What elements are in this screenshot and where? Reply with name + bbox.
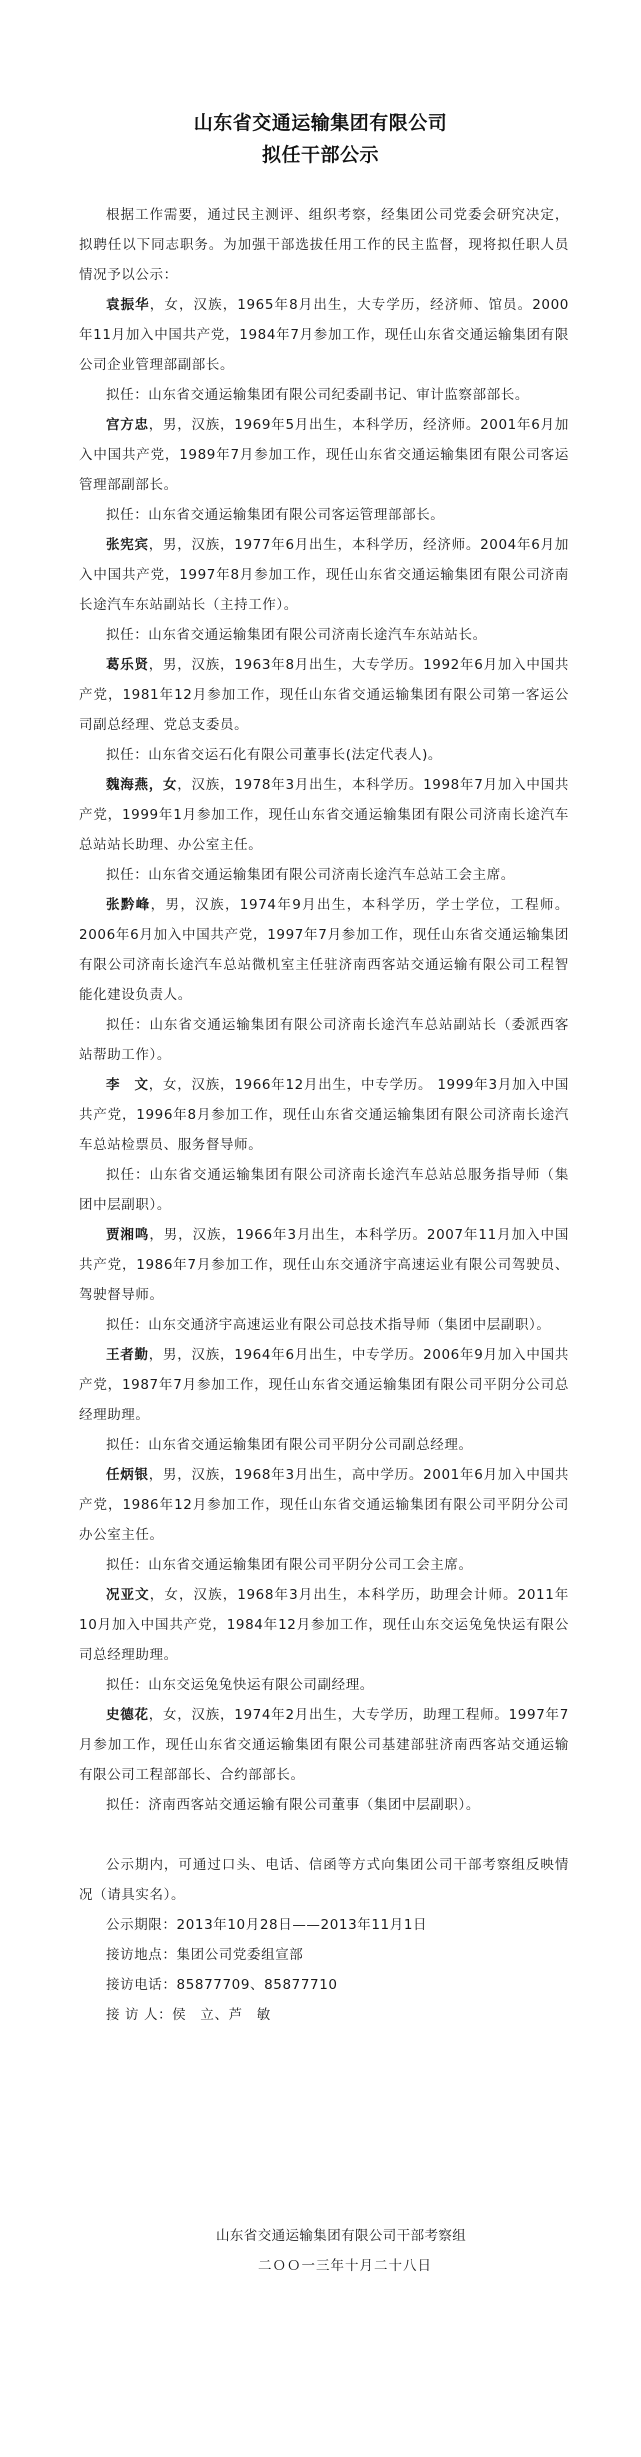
- candidate-bio: 任炳银，男，汉族，1968年3月出生，高中学历。2001年6月加入中国共产党，1…: [79, 1460, 569, 1550]
- candidate-details: ，男，汉族，1964年6月出生，中专学历。2006年9月加入中国共产党，1987…: [79, 1347, 569, 1423]
- candidate-bio: 张黔峰，男，汉族，1974年9月出生，本科学历，学士学位，工程师。2006年6月…: [79, 890, 569, 1010]
- signature-date: 二ＯＯ一三年十月二十八日: [258, 2254, 641, 2274]
- candidate-name: 史德花: [106, 1707, 149, 1723]
- candidate-name: 李 文: [106, 1077, 149, 1093]
- candidate-details: ，男，汉族，1966年3月出生，本科学历。2007年11月加入中国共产党，198…: [79, 1227, 569, 1303]
- notice-period: 公示期限：2013年10月28日——2013年11月1日: [79, 1910, 569, 1940]
- notice-body: 根据工作需要，通过民主测评、组织考察，经集团公司党委会研究决定，拟聘任以下同志职…: [79, 200, 569, 2030]
- candidate-name: 魏海燕，女: [106, 777, 177, 793]
- candidate-bio: 葛乐贤，男，汉族，1963年8月出生，大专学历。1992年6月加入中国共产党，1…: [79, 650, 569, 740]
- candidate-name: 任炳银: [106, 1467, 149, 1483]
- document-title: 山东省交通运输集团有限公司: [0, 108, 641, 135]
- candidate-bio: 宫方忠，男，汉族，1969年5月出生，本科学历，经济师。2001年6月加入中国共…: [79, 410, 569, 500]
- feedback-note: 公示期内，可通过口头、电话、信函等方式向集团公司干部考察组反映情况（请具实名）。: [79, 1850, 569, 1910]
- candidate-name: 张宪宾: [106, 537, 149, 553]
- candidate-name: 王者勤: [106, 1347, 149, 1363]
- candidate-bio: 袁振华，女，汉族，1965年8月出生，大专学历，经济师、馆员。2000年11月加…: [79, 290, 569, 380]
- candidate-details: ，女，汉族，1968年3月出生，本科学历，助理会计师。2011年10月加入中国共…: [79, 1587, 569, 1663]
- candidate-bio: 魏海燕，女，汉族，1978年3月出生，本科学历。1998年7月加入中国共产党，1…: [79, 770, 569, 860]
- candidate-details: ，男，汉族，1974年9月出生，本科学历，学士学位，工程师。2006年6月加入中…: [79, 897, 569, 1003]
- candidate-bio: 李 文，女，汉族，1966年12月出生，中专学历。 1999年3月加入中国共产党…: [79, 1070, 569, 1160]
- candidate-details: ，男，汉族，1969年5月出生，本科学历，经济师。2001年6月加入中国共产党，…: [79, 417, 569, 493]
- candidate-bio: 况亚文，女，汉族，1968年3月出生，本科学历，助理会计师。2011年10月加入…: [79, 1580, 569, 1670]
- candidate-bio: 张宪宾，男，汉族，1977年6月出生，本科学历，经济师。2004年6月加入中国共…: [79, 530, 569, 620]
- candidate-details: ，女，汉族，1966年12月出生，中专学历。 1999年3月加入中国共产党，19…: [79, 1077, 569, 1153]
- candidate-proposed-post: 拟任：山东交通济宇高速运业有限公司总技术指导师（集团中层副职）。: [79, 1310, 569, 1340]
- candidate-details: ，男，汉族，1963年8月出生，大专学历。1992年6月加入中国共产党，1981…: [79, 657, 569, 733]
- candidate-proposed-post: 拟任：山东省交通运输集团有限公司平阴分公司副总经理。: [79, 1430, 569, 1460]
- candidate-proposed-post: 拟任：山东省交通运输集团有限公司济南长途汽车东站站长。: [79, 620, 569, 650]
- candidate-proposed-post: 拟任：山东省交通运输集团有限公司平阴分公司工会主席。: [79, 1550, 569, 1580]
- reception-person: 接 访 人：侯 立、芦 敏: [79, 2000, 569, 2030]
- candidate-details: ，男，汉族，1968年3月出生，高中学历。2001年6月加入中国共产党，1986…: [79, 1467, 569, 1543]
- candidate-proposed-post: 拟任：山东交运兔兔快运有限公司副经理。: [79, 1670, 569, 1700]
- reception-location: 接访地点：集团公司党委组宣部: [79, 1940, 569, 1970]
- signature-org: 山东省交通运输集团有限公司干部考察组: [216, 2224, 641, 2244]
- candidate-proposed-post: 拟任：济南西客站交通运输有限公司董事（集团中层副职）。: [79, 1790, 569, 1820]
- candidate-details: ，男，汉族，1977年6月出生，本科学历，经济师。2004年6月加入中国共产党，…: [79, 537, 569, 613]
- intro-paragraph: 根据工作需要，通过民主测评、组织考察，经集团公司党委会研究决定，拟聘任以下同志职…: [79, 200, 569, 290]
- reception-phone: 接访电话：85877709、85877710: [79, 1970, 569, 2000]
- candidate-proposed-post: 拟任：山东省交通运输集团有限公司济南长途汽车总站副站长（委派西客站帮助工作）。: [79, 1010, 569, 1070]
- spacer: [79, 1820, 569, 1850]
- candidate-proposed-post: 拟任：山东省交通运输集团有限公司纪委副书记、审计监察部部长。: [79, 380, 569, 410]
- candidate-details: ，女，汉族，1974年2月出生，大专学历，助理工程师。1997年7月参加工作，现…: [79, 1707, 569, 1783]
- candidate-bio: 贾湘鸣，男，汉族，1966年3月出生，本科学历。2007年11月加入中国共产党，…: [79, 1220, 569, 1310]
- candidate-name: 况亚文: [106, 1587, 150, 1603]
- candidate-proposed-post: 拟任：山东省交通运输集团有限公司济南长途汽车总站工会主席。: [79, 860, 569, 890]
- candidate-bio: 史德花，女，汉族，1974年2月出生，大专学历，助理工程师。1997年7月参加工…: [79, 1700, 569, 1790]
- candidate-name: 葛乐贤: [106, 657, 149, 673]
- candidate-proposed-post: 拟任：山东省交通运输集团有限公司客运管理部部长。: [79, 500, 569, 530]
- candidate-proposed-post: 拟任：山东省交通运输集团有限公司济南长途汽车总站总服务指导师（集团中层副职）。: [79, 1160, 569, 1220]
- document-subtitle: 拟任干部公示: [0, 140, 641, 167]
- candidate-name: 宫方忠: [106, 417, 149, 433]
- candidate-bio: 王者勤，男，汉族，1964年6月出生，中专学历。2006年9月加入中国共产党，1…: [79, 1340, 569, 1430]
- candidate-proposed-post: 拟任：山东省交运石化有限公司董事长(法定代表人)。: [79, 740, 569, 770]
- candidate-name: 张黔峰: [106, 897, 151, 913]
- candidate-name: 袁振华: [106, 297, 150, 313]
- candidate-name: 贾湘鸣: [106, 1227, 149, 1243]
- candidate-details: ，女，汉族，1965年8月出生，大专学历，经济师、馆员。2000年11月加入中国…: [79, 297, 569, 373]
